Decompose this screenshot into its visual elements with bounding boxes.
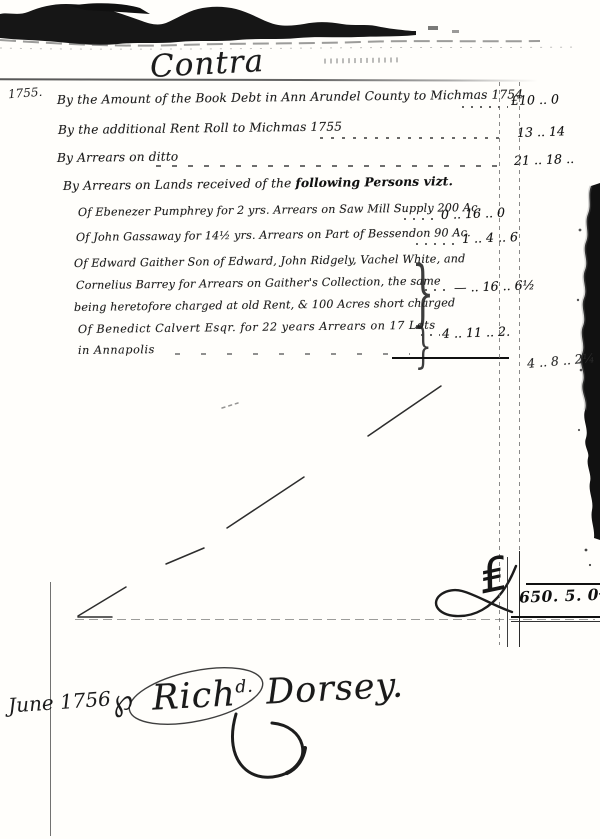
year-label: 1755. — [8, 85, 43, 101]
ledger-page: Contra 1755. By the Amount of the Book D… — [0, 0, 600, 839]
entry-amount: 21 .. 18 .. — [514, 151, 575, 168]
leader-dots — [425, 289, 452, 291]
bottom-rule — [75, 619, 595, 620]
leader-dashes — [175, 353, 410, 355]
entry-text-emphasis: following Persons vizt. — [295, 174, 453, 190]
sum-underline — [392, 357, 509, 359]
grouping-brace: } — [415, 318, 432, 374]
entry-row: in Annapolis — [78, 343, 155, 357]
leader-dots — [156, 165, 506, 167]
binding-shadow-artifact-right — [577, 183, 600, 566]
entry-amount: 1 .. 4 .. 6 — [462, 229, 519, 246]
leader-dots — [462, 106, 508, 108]
signature-first: Rich — [151, 674, 237, 718]
entry-amount: 13 .. 14 — [517, 123, 566, 140]
leader-dots — [404, 218, 438, 220]
leader-dots — [416, 243, 458, 245]
entry-row: By Arrears on ditto — [57, 150, 179, 165]
torn-edge-artifact-top — [0, 3, 580, 49]
diagonal-void-stroke — [78, 386, 441, 617]
entry-amount: 0 .. 16 .. 0 — [441, 205, 506, 222]
signature-superscript: d. — [235, 677, 254, 698]
leader-dots — [320, 137, 506, 139]
total-rule-bottom-echo — [511, 621, 600, 622]
signature-last: Dorsey. — [253, 665, 405, 713]
total-rule-bottom — [511, 616, 600, 619]
leader-dots — [421, 334, 440, 336]
entry-amount: — .. 16 .. 6½ — [454, 277, 535, 295]
entry-text: By Arrears on Lands received of the — [63, 176, 296, 193]
entry-amount: 4 .. 11 .. 2. — [442, 324, 511, 341]
grand-total: 650. 5. 0¾ — [519, 584, 600, 606]
